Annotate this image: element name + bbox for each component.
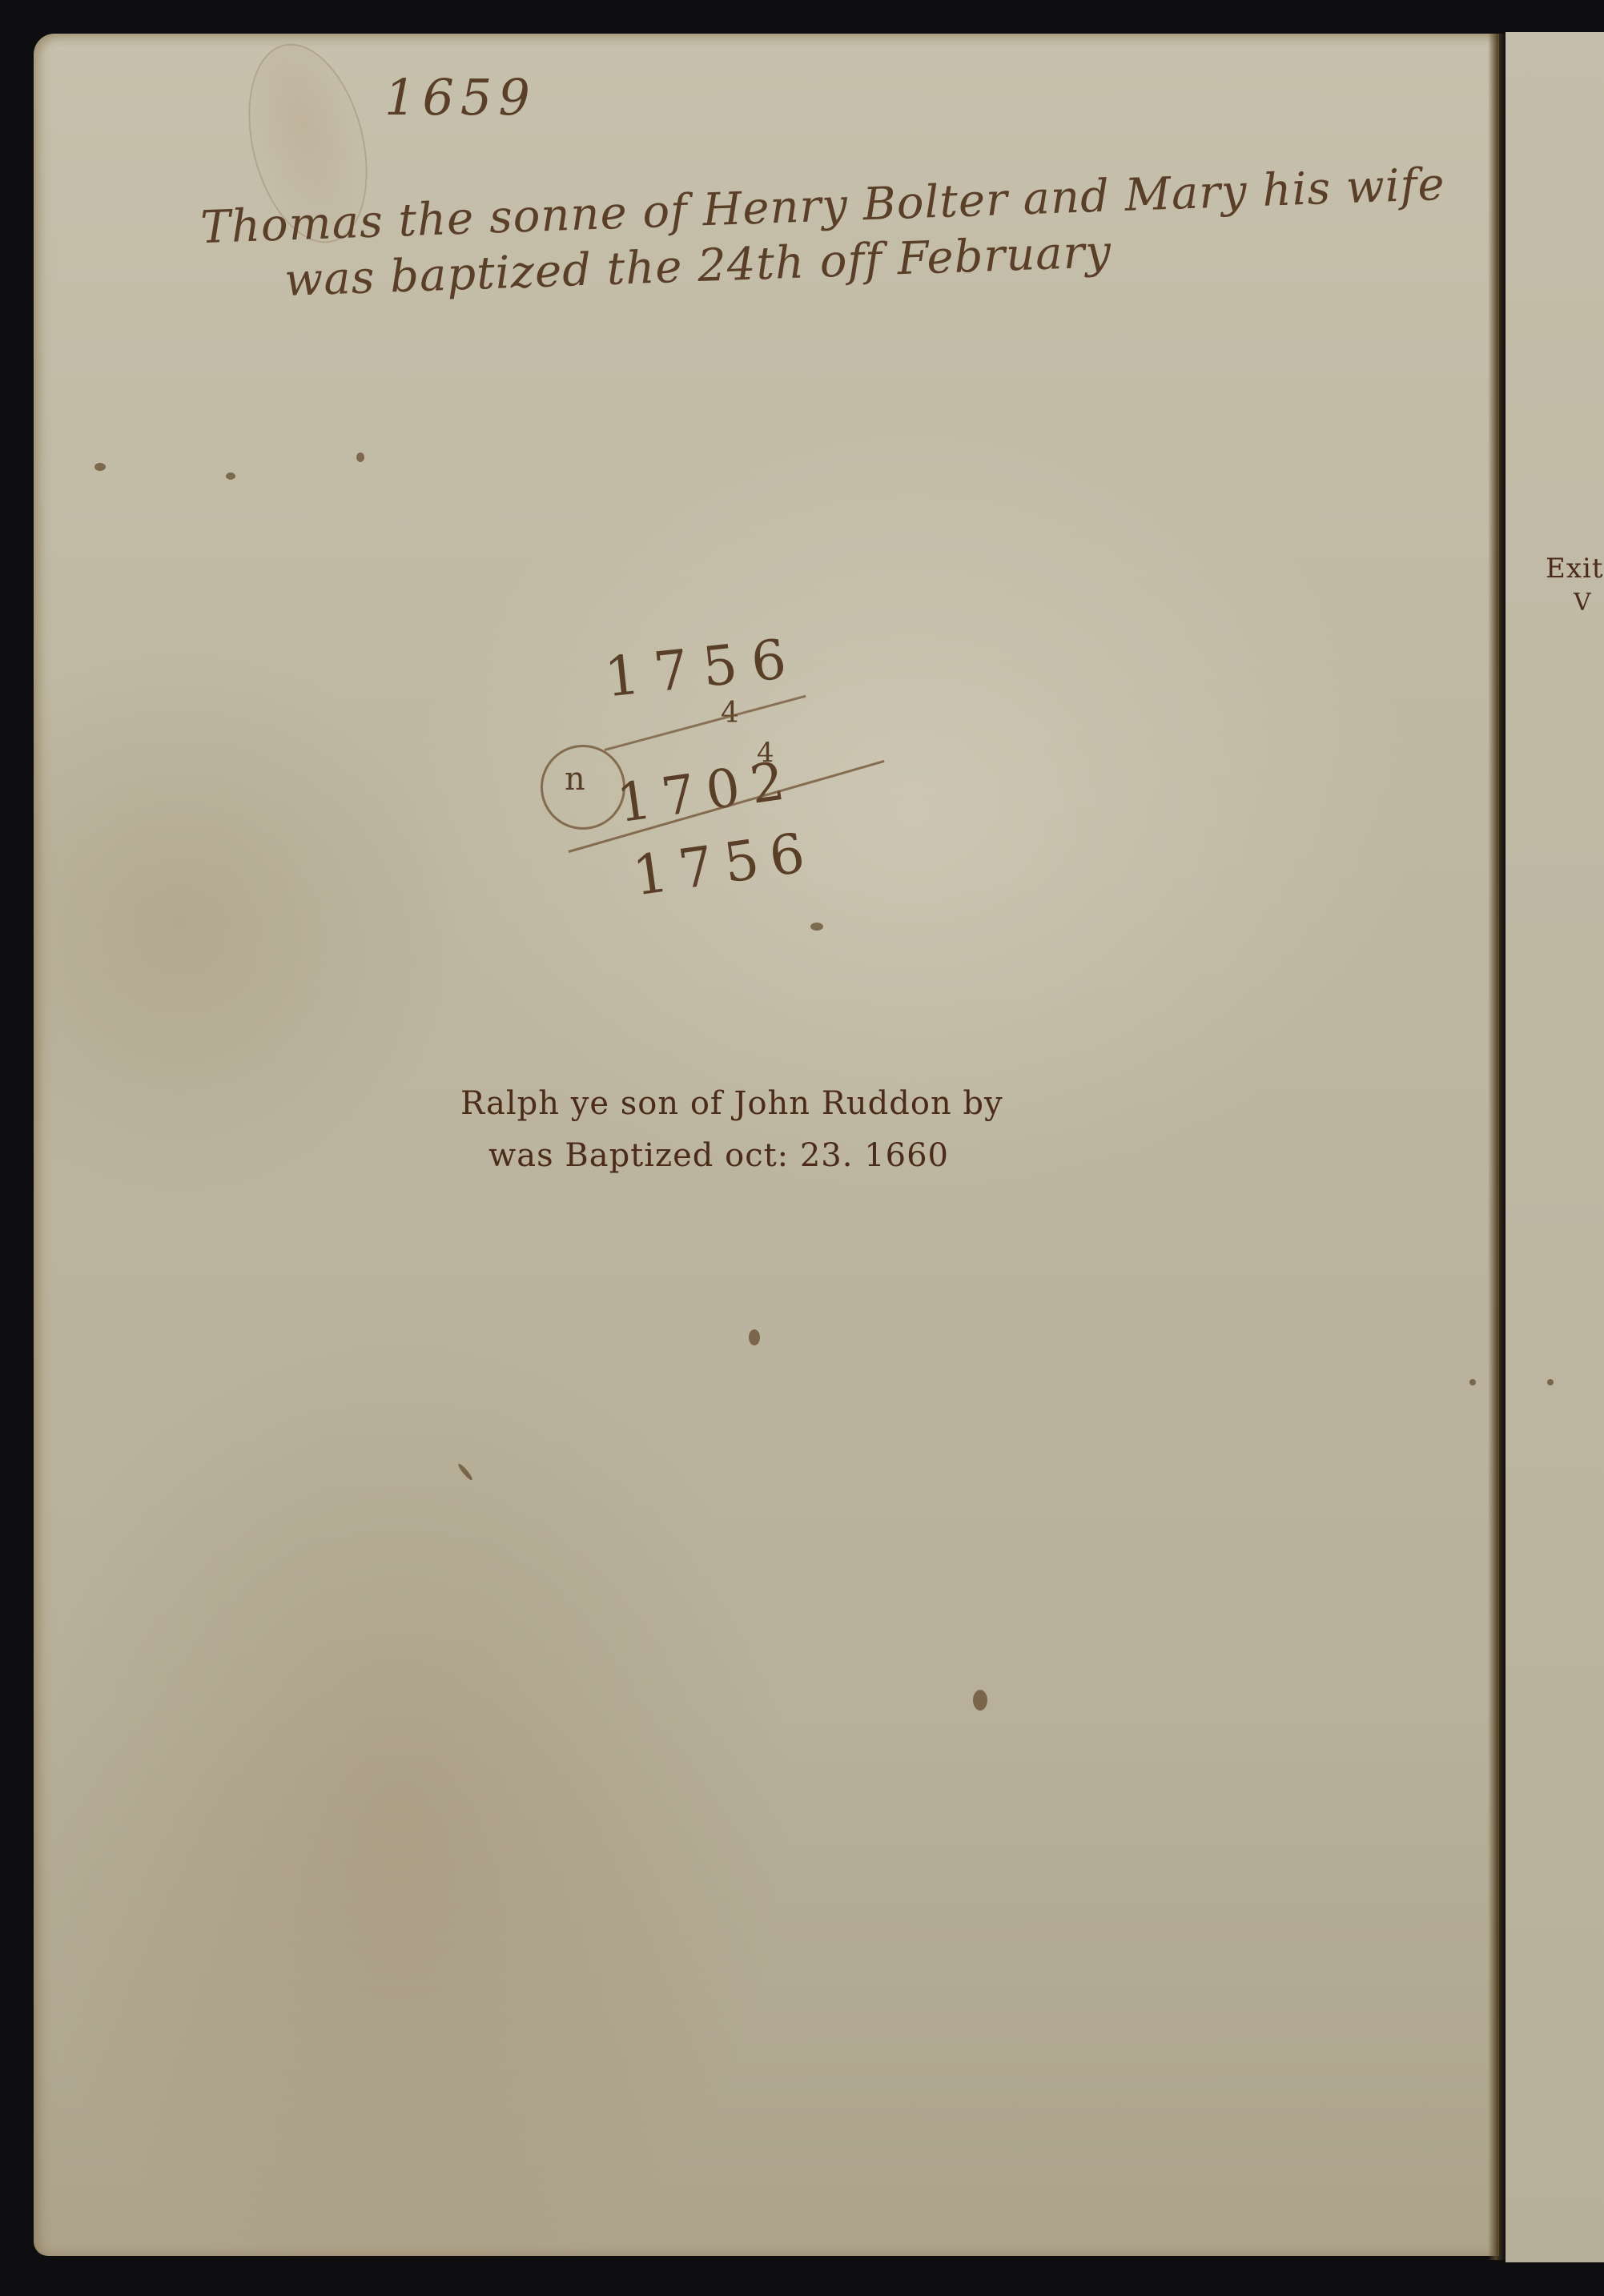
facing-page-line-1: Exit	[1546, 553, 1604, 585]
ink-spot	[810, 923, 823, 931]
ink-spot	[226, 472, 235, 480]
ink-spot	[94, 463, 106, 471]
ink-spot	[356, 452, 364, 462]
entry-2-line-2: was Baptized oct: 23. 1660	[488, 1137, 949, 1174]
ink-spot	[749, 1329, 760, 1345]
entry-1-year: 1659	[384, 68, 537, 127]
entry-2-line-1: Ralph ye son of John Ruddon by	[460, 1085, 1003, 1122]
circled-mark-label: n	[565, 761, 586, 798]
facing-page-line-2: V	[1574, 589, 1592, 617]
ink-spot	[1469, 1379, 1476, 1385]
right-page-fragment	[1506, 32, 1604, 2262]
ink-spot	[973, 1690, 987, 1711]
book-gutter	[1488, 34, 1506, 2260]
ink-spot	[1547, 1379, 1554, 1385]
calculation-middle-superscript: 4	[757, 737, 775, 769]
